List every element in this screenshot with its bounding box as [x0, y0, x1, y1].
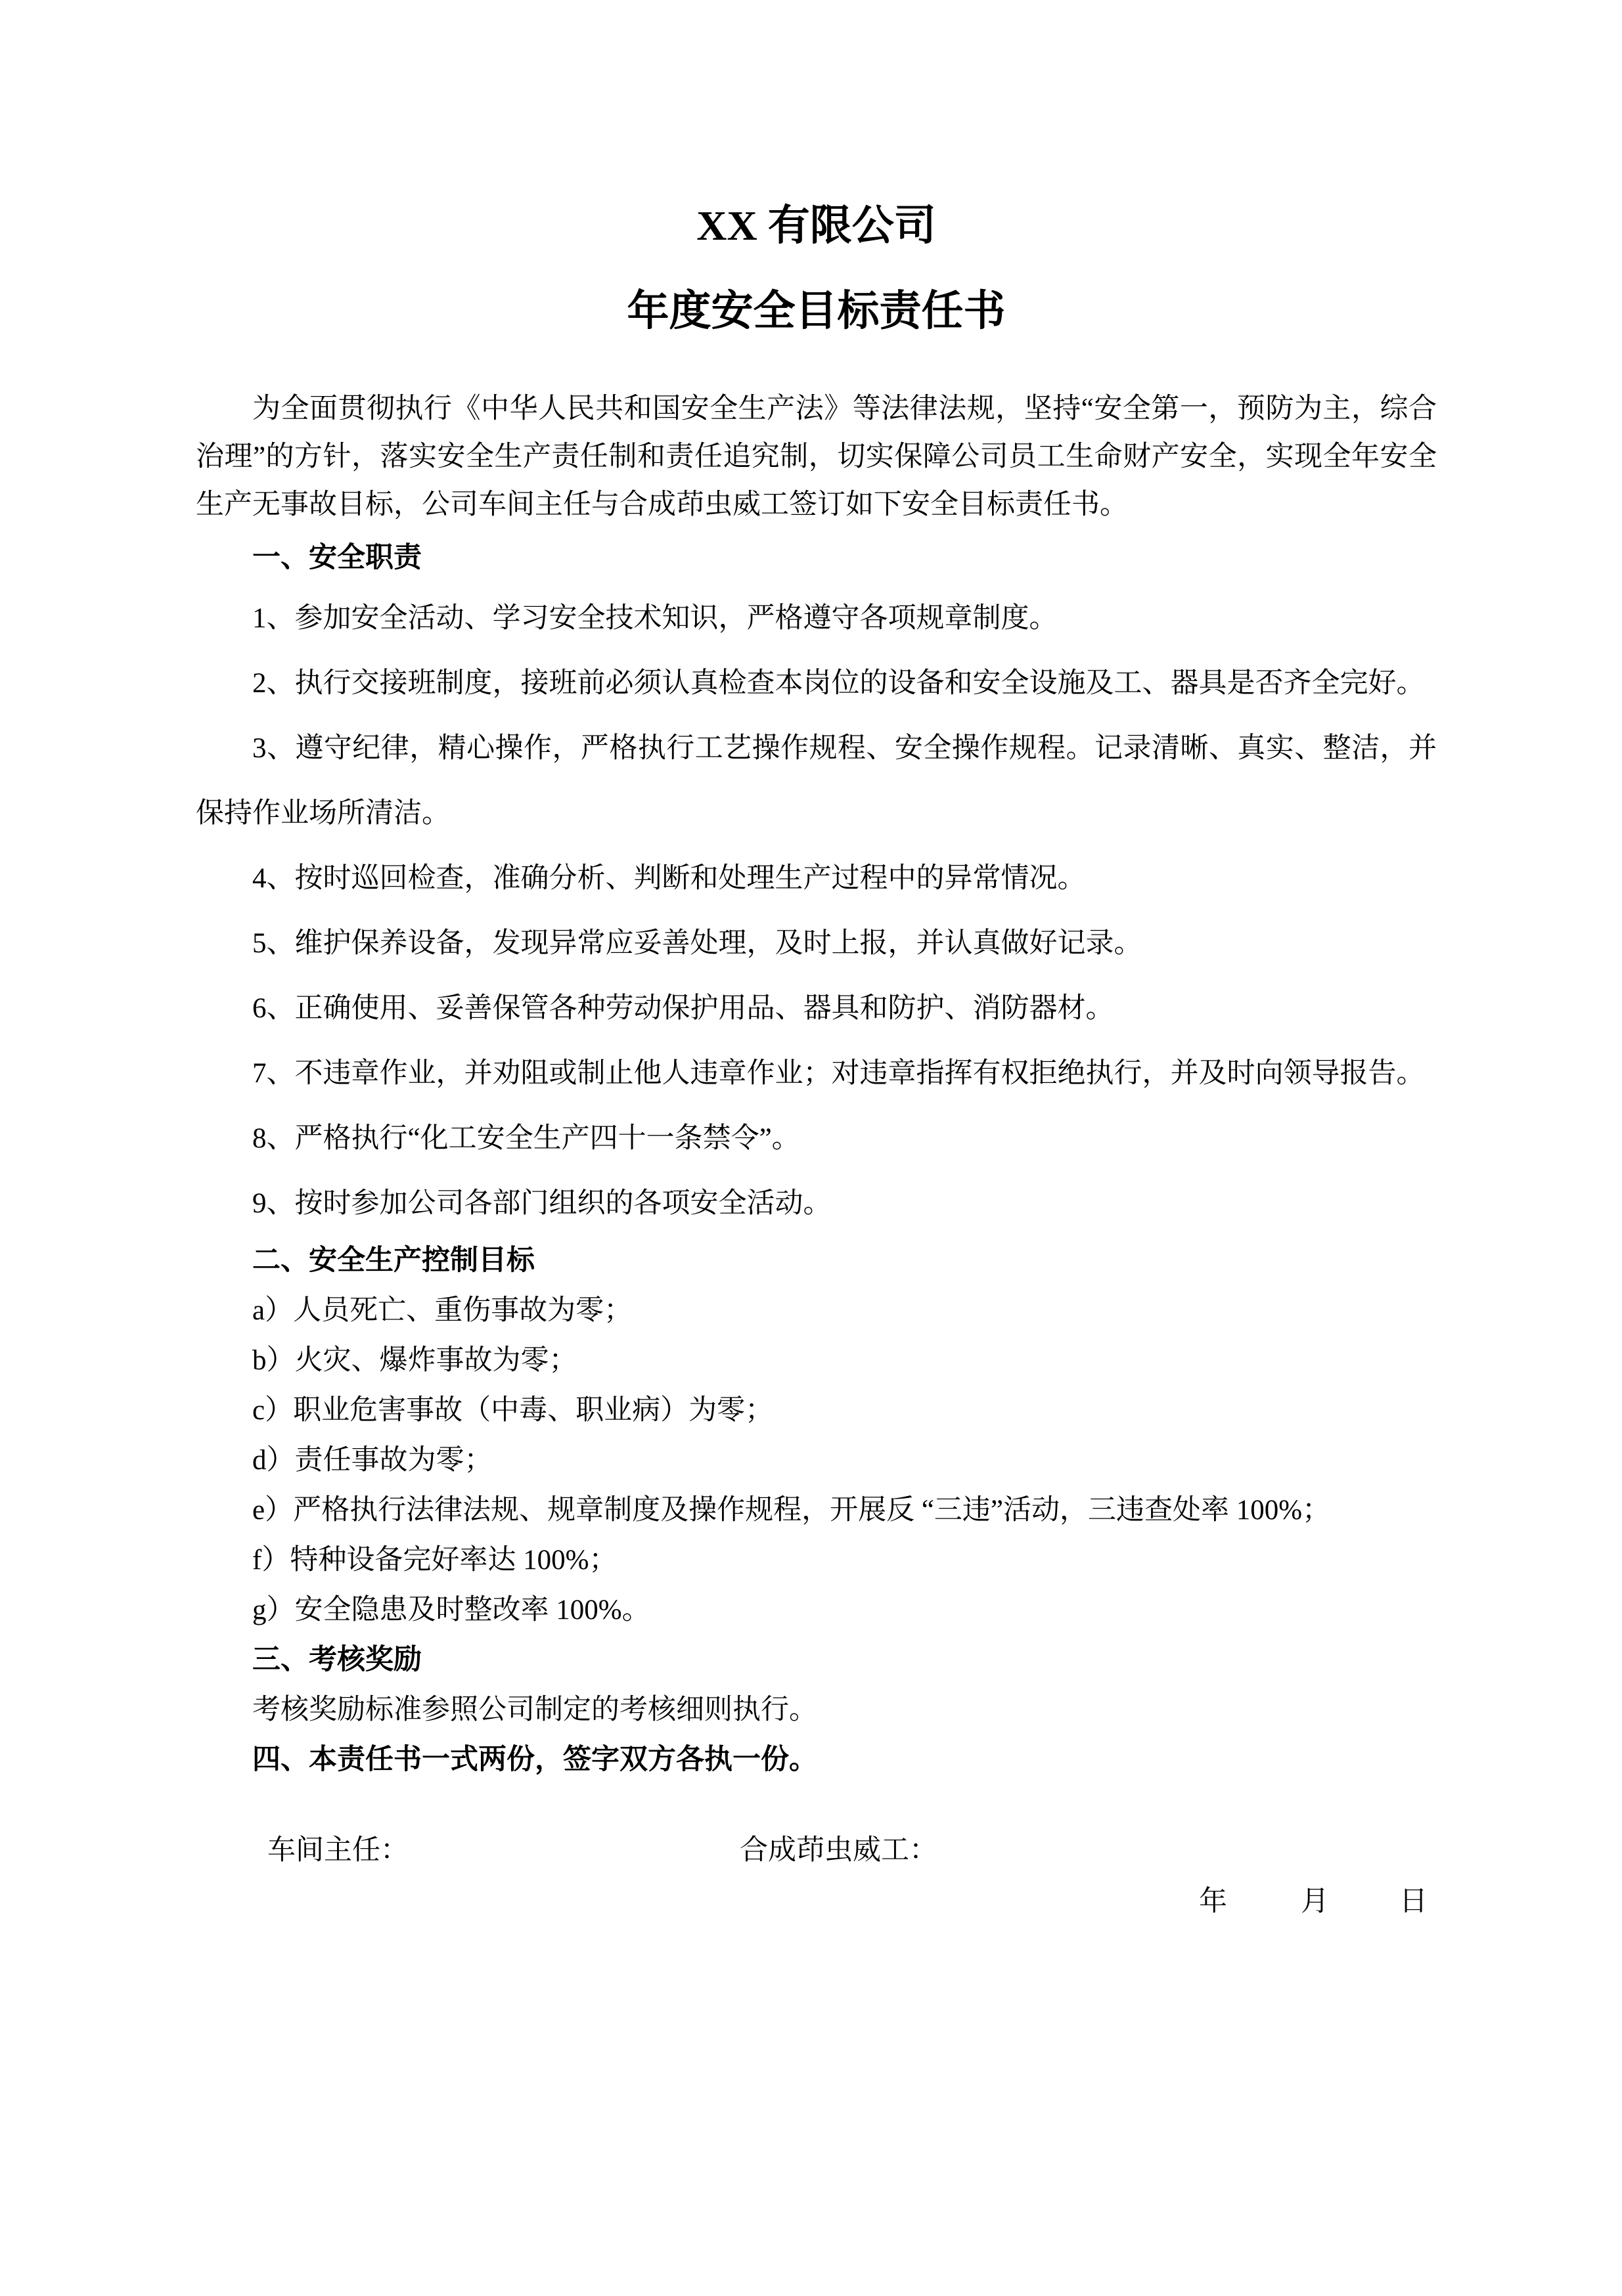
- control-target-item-c: c）职业危害事故（中毒、职业病）为零；: [196, 1386, 1437, 1436]
- day-label: 日: [1399, 1877, 1428, 1927]
- control-target-item-g: g）安全隐患及时整改率 100%。: [196, 1585, 1437, 1635]
- safety-duty-item-1: 1、参加安全活动、学习安全技术知识，严格遵守各项规章制度。: [196, 586, 1437, 651]
- safety-duty-item-6: 6、正确使用、妥善保管各种劳动保护用品、器具和防护、消防器材。: [196, 976, 1437, 1041]
- safety-duty-item-4: 4、按时巡回检查，准确分析、判断和处理生产过程中的异常情况。: [196, 846, 1437, 911]
- signature-row: 车间主任： 合成茚虫威工：: [196, 1826, 1437, 1876]
- control-target-item-f: f）特种设备完好率达 100%；: [196, 1535, 1437, 1585]
- section-1-heading: 一、安全职责: [196, 534, 1437, 582]
- control-target-item-b: b）火灾、爆炸事故为零；: [196, 1336, 1437, 1386]
- control-target-item-d: d）责任事故为零；: [196, 1436, 1437, 1486]
- safety-duty-item-3: 3、遵守纪律，精心操作，严格执行工艺操作规程、安全操作规程。记录清晰、真实、整洁…: [196, 716, 1437, 846]
- safety-duty-item-8: 8、严格执行“化工安全生产四十一条禁令”。: [196, 1106, 1437, 1171]
- section-4-heading: 四、本责任书一式两份，签字双方各执一份。: [196, 1735, 1437, 1785]
- workshop-director-label: 车间主任：: [267, 1826, 409, 1876]
- control-target-item-e: e）严格执行法律法规、规章制度及操作规程，开展反 “三违”活动，三违查处率 10…: [196, 1486, 1437, 1535]
- safety-duty-item-5: 5、维护保养设备，发现异常应妥善处理，及时上报，并认真做好记录。: [196, 911, 1437, 976]
- month-label: 月: [1301, 1877, 1329, 1927]
- assessment-reward-body: 考核奖励标准参照公司制定的考核细则执行。: [196, 1685, 1437, 1735]
- control-target-item-a: a）人员死亡、重伤事故为零；: [196, 1286, 1437, 1336]
- section-2-heading: 二、安全生产控制目标: [196, 1236, 1437, 1286]
- document-title: 年度安全目标责任书: [196, 279, 1437, 343]
- company-title: XX 有限公司: [196, 194, 1437, 258]
- year-label: 年: [1199, 1877, 1227, 1927]
- section-3-heading: 三、考核奖励: [196, 1635, 1437, 1685]
- safety-duty-item-2: 2、执行交接班制度，接班前必须认真检查本岗位的设备和安全设施及工、器具是否齐全完…: [196, 651, 1437, 716]
- synthesis-worker-label: 合成茚虫威工：: [740, 1826, 937, 1876]
- date-row: 年 月 日: [196, 1877, 1437, 1927]
- safety-duty-item-7: 7、不违章作业，并劝阻或制止他人违章作业；对违章指挥有权拒绝执行，并及时向领导报…: [196, 1041, 1437, 1106]
- document-page: XX 有限公司 年度安全目标责任书 为全面贯彻执行《中华人民共和国安全生产法》等…: [0, 0, 1622, 2296]
- intro-paragraph: 为全面贯彻执行《中华人民共和国安全生产法》等法律法规，坚持“安全第一，预防为主，…: [196, 385, 1437, 529]
- safety-duty-item-9: 9、按时参加公司各部门组织的各项安全活动。: [196, 1171, 1437, 1236]
